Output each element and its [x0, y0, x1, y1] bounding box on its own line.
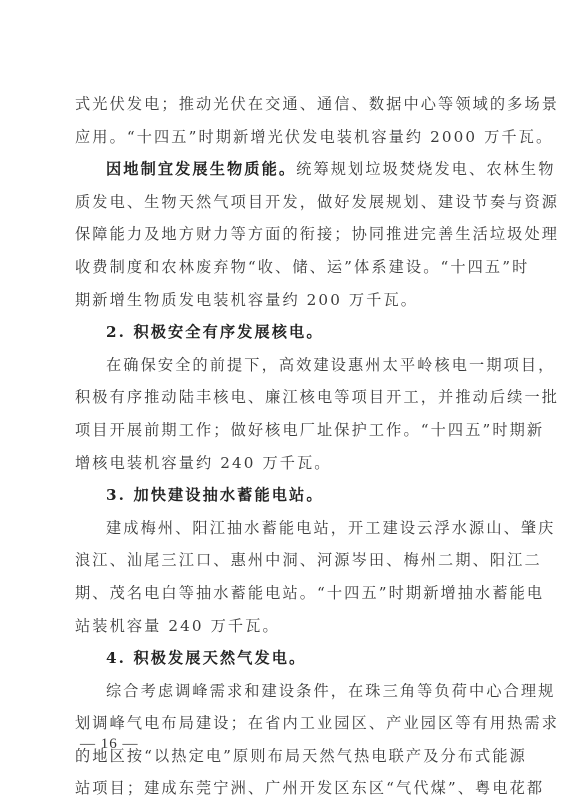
document-body: 式光伏发电；推动光伏在交通、通信、数据中心等领域的多场景 应用。“十四五”时期新… — [75, 88, 493, 800]
text-line: 质发电、生物天然气项目开发，做好发展规划、建设节奏与资源 — [75, 186, 493, 219]
text-line: 保障能力及地方财力等方面的衔接；协同推进完善生活垃圾处理 — [75, 218, 493, 251]
paragraph-lead-bold: 因地制宜发展生物质能。 — [106, 160, 296, 178]
section-heading-nuclear: 2. 积极安全有序发展核电。 — [75, 316, 493, 349]
text-line: 收费制度和农林废弃物“收、储、运”体系建设。“十四五”时 — [75, 251, 493, 284]
page-number: — 16 — — [80, 736, 139, 753]
text-line: 在确保安全的前提下，高效建设惠州太平岭核电一期项目， — [75, 349, 493, 382]
text-line: 积极有序推动陆丰核电、廉江核电等项目开工，并推动后续一批 — [75, 381, 493, 414]
text-line: 综合考虑调峰需求和建设条件，在珠三角等负荷中心合理规 — [75, 675, 493, 708]
text-line: 站装机容量 240 万千瓦。 — [75, 610, 493, 643]
text-line: 项目开展前期工作；做好核电厂址保护工作。“十四五”时期新 — [75, 414, 493, 447]
text-line: 增核电装机容量约 240 万千瓦。 — [75, 447, 493, 480]
section-heading-pumped-storage: 3. 加快建设抽水蓄能电站。 — [75, 479, 493, 512]
text-line: 期、茂名电白等抽水蓄能电站。“十四五”时期新增抽水蓄能电 — [75, 577, 493, 610]
document-page: 式光伏发电；推动光伏在交通、通信、数据中心等领域的多场景 应用。“十四五”时期新… — [0, 0, 565, 800]
text-line: 站项目；建成东莞宁洲、广州开发区东区“气代煤”、粤电花都 — [75, 772, 493, 800]
section-heading-natural-gas: 4. 积极发展天然气发电。 — [75, 642, 493, 675]
text-line: 建成梅州、阳江抽水蓄能电站，开工建设云浮水源山、肇庆 — [75, 512, 493, 545]
text-span: 统筹规划垃圾焚烧发电、农林生物 — [296, 160, 555, 178]
text-line: 应用。“十四五”时期新增光伏发电装机容量约 2000 万千瓦。 — [75, 121, 493, 154]
text-line: 因地制宜发展生物质能。统筹规划垃圾焚烧发电、农林生物 — [75, 153, 493, 186]
text-line: 浪江、汕尾三江口、惠州中洞、河源岑田、梅州二期、阳江二 — [75, 544, 493, 577]
text-line: 期新增生物质发电装机容量约 200 万千瓦。 — [75, 284, 493, 317]
text-line: 式光伏发电；推动光伏在交通、通信、数据中心等领域的多场景 — [75, 88, 493, 121]
text-line: 划调峰气电布局建设；在省内工业园区、产业园区等有用热需求 — [75, 707, 493, 740]
